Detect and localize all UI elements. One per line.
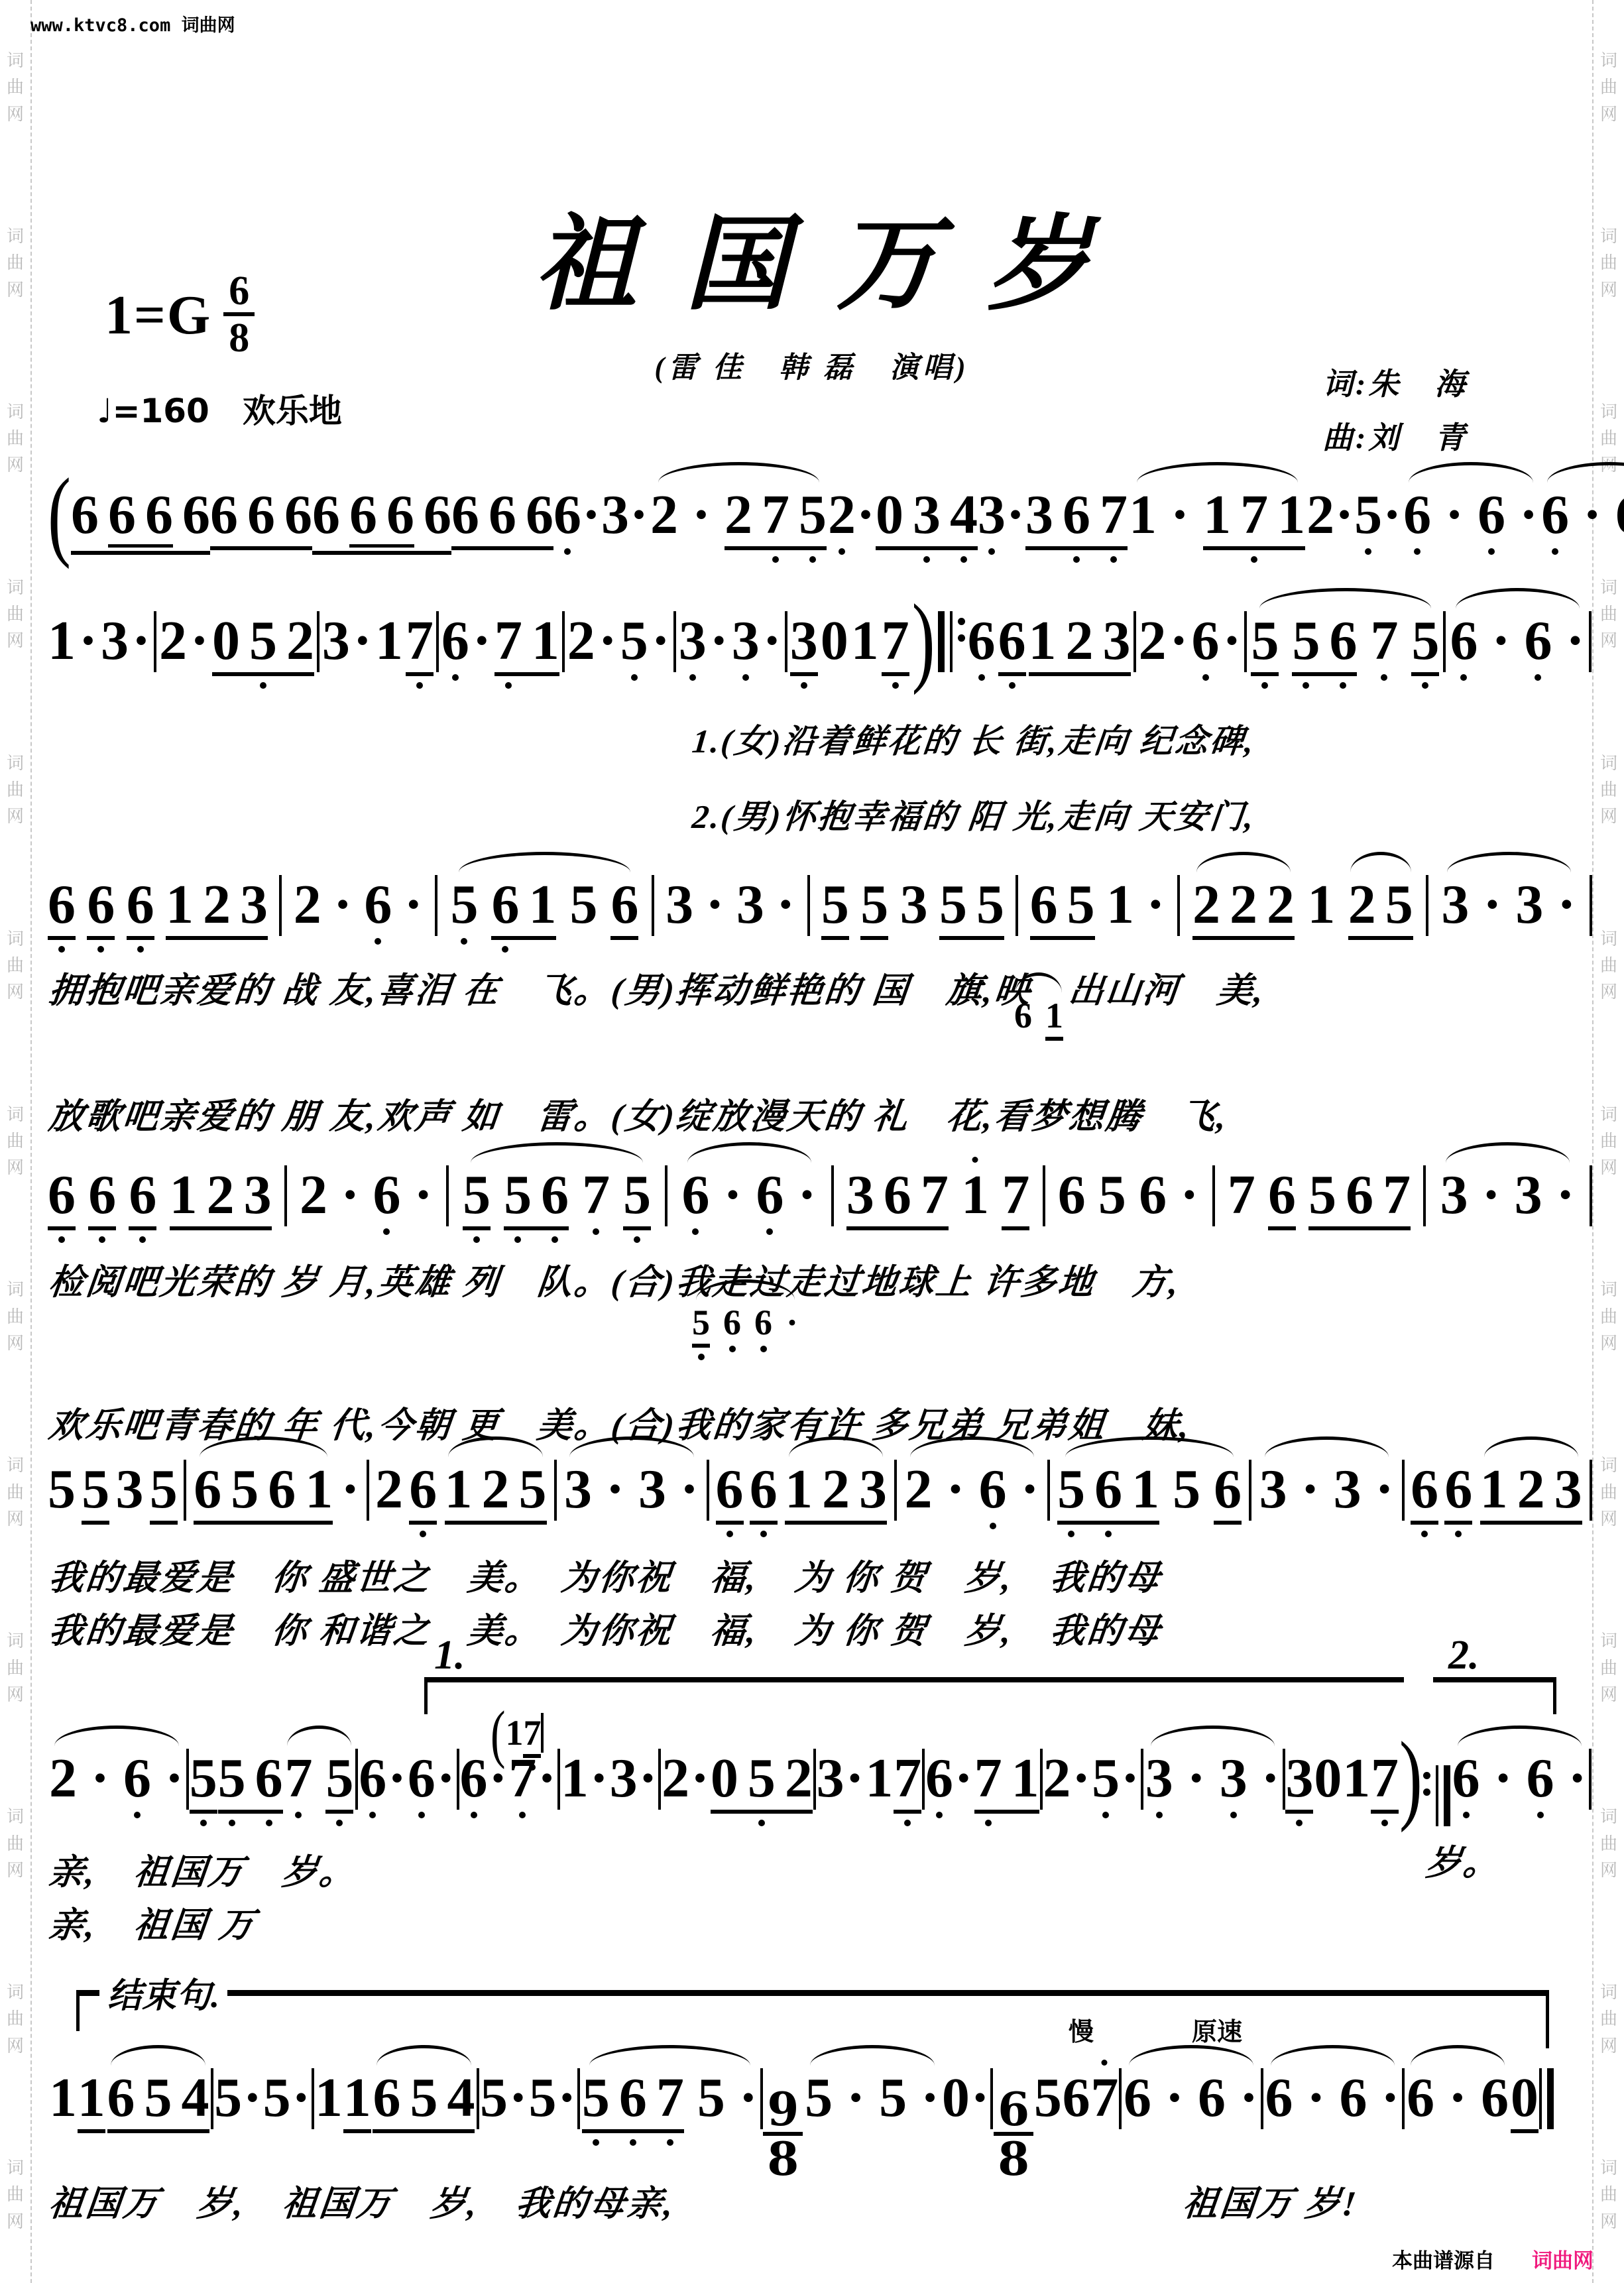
brand-text-vertical: 词曲网 bbox=[7, 1102, 24, 1182]
lyrics-row-7a-right: 岁。 bbox=[1424, 1835, 1503, 1885]
volta-1-line bbox=[424, 1677, 1404, 1682]
key-prefix: 1=G bbox=[105, 283, 211, 347]
volta-1-tick bbox=[424, 1677, 428, 1714]
brand-text-vertical: 词曲网 bbox=[7, 1804, 24, 1884]
verse-1-lyrics: 1.(女)沿着鲜花的 长 街,走向 纪念碑, bbox=[690, 715, 1258, 762]
volta-2-line bbox=[1433, 1677, 1556, 1682]
grace-notes-2: 566· bbox=[691, 1305, 800, 1348]
credits: 词:朱 海 曲:刘 青 bbox=[1322, 358, 1468, 465]
brand-text-vertical: 词曲网 bbox=[7, 1452, 24, 1533]
lyrics-row-6a: 我的最爱是 你 盛世之 美。 为你祝 福, 为 你 贺 岁, 我的母 bbox=[46, 1550, 1165, 1600]
system-1-notes: (666666666666666·3·2·2752·0343·3671·1712… bbox=[48, 472, 1592, 555]
meter-numerator: 6 bbox=[223, 270, 255, 312]
system-6-notes: 2·6·556756·6·6·7·1·3·2·0523·176·712·5·3·… bbox=[48, 1735, 1592, 1814]
time-signature: 6 8 bbox=[223, 270, 255, 359]
ending-tick-left bbox=[76, 1990, 80, 2031]
volta-2-label: 2. bbox=[1448, 1632, 1479, 1679]
ending-tick-right bbox=[1546, 1990, 1549, 2048]
lyrics-row-7a: 亲, 祖国万 岁。 bbox=[46, 1844, 359, 1895]
lyrics-row-8b: 祖国万 岁! bbox=[1181, 2176, 1361, 2226]
brand-text-vertical: 词曲网 bbox=[1600, 1102, 1617, 1182]
brand-text-vertical: 词曲网 bbox=[7, 1628, 24, 1708]
system-7-notes: 116545·5·116545·5·5675·985·5·0·685676·6·… bbox=[49, 2055, 1554, 2173]
lyrics-row-8a: 祖国万 岁, 祖国万 岁, 我的母亲, bbox=[46, 2176, 678, 2226]
left-brand-rail: 词曲网词曲网词曲网词曲网词曲网词曲网词曲网词曲网词曲网词曲网词曲网词曲网词曲网 bbox=[0, 0, 32, 2283]
lyrics-row-5: 检阅吧光荣的 岁 月,英雄 列 队。(合)我走过走过地球上 许多地 方, bbox=[46, 1254, 1183, 1305]
brand-text-vertical: 词曲网 bbox=[7, 399, 24, 479]
mood-text: 欢乐地 bbox=[243, 392, 342, 430]
lyricist: 词:朱 海 bbox=[1322, 358, 1468, 412]
brand-text-vertical: 词曲网 bbox=[1600, 575, 1617, 655]
brand-text-vertical: 词曲网 bbox=[7, 750, 24, 831]
site-watermark: www.ktvc8.com 词曲网 bbox=[30, 11, 235, 36]
volta-2-tick bbox=[1553, 1677, 1556, 1714]
lyrics-row-4: 放歌吧亲爱的 朋 友,欢声 如 雷。(女)绽放漫天的 礼 花,看梦想腾 飞, bbox=[46, 1088, 1231, 1139]
grace-notes-1: 61 bbox=[1013, 998, 1065, 1041]
brand-text-vertical: 词曲网 bbox=[7, 575, 24, 655]
footer-credit: 本曲谱源自 词曲网 bbox=[1392, 2244, 1594, 2274]
orig-tempo-mark: 原速 bbox=[1192, 2011, 1242, 2048]
brand-text-vertical: 词曲网 bbox=[1600, 2155, 1617, 2235]
volta-1-label: 1. bbox=[434, 1632, 465, 1679]
slow-mark: 慢 bbox=[1069, 2011, 1094, 2048]
brand-text-vertical: 词曲网 bbox=[1600, 1979, 1617, 2060]
brand-text-vertical: 词曲网 bbox=[7, 2155, 24, 2235]
brand-text-vertical: 词曲网 bbox=[7, 1277, 24, 1357]
ending-line bbox=[76, 1990, 1549, 1996]
brand-text-vertical: 词曲网 bbox=[1600, 1452, 1617, 1533]
brand-text-vertical: 词曲网 bbox=[7, 48, 24, 128]
right-brand-rail: 词曲网词曲网词曲网词曲网词曲网词曲网词曲网词曲网词曲网词曲网词曲网词曲网词曲网 bbox=[1592, 0, 1624, 2283]
verse-2-lyrics: 2.(男)怀抱幸福的 阳 光,走向 天安门, bbox=[690, 790, 1258, 838]
lyrics-row-6b: 我的最爱是 你 和谐之 美。 为你祝 福, 为 你 贺 岁, 我的母 bbox=[46, 1603, 1165, 1653]
brand-text-vertical: 词曲网 bbox=[7, 926, 24, 1006]
footer-source-text: 本曲谱源自 bbox=[1392, 2244, 1495, 2274]
brand-text-vertical: 词曲网 bbox=[1600, 926, 1617, 1006]
brand-text-vertical: 词曲网 bbox=[7, 1979, 24, 2060]
brand-text-vertical: 词曲网 bbox=[1600, 1628, 1617, 1708]
brand-text-vertical: 词曲网 bbox=[1600, 1804, 1617, 1884]
tempo-marking: ♩=160 欢乐地 bbox=[97, 384, 342, 432]
meter-denominator: 8 bbox=[223, 312, 255, 359]
brand-text-vertical: 词曲网 bbox=[1600, 48, 1617, 128]
brand-text-vertical: 词曲网 bbox=[1600, 750, 1617, 831]
composer: 曲:刘 青 bbox=[1322, 412, 1468, 465]
system-2-notes: 1·3·2·0523·176·712·5·3·3·3017)661232·6·5… bbox=[48, 598, 1592, 676]
lyrics-row-7b: 亲, 祖国 万 bbox=[46, 1897, 259, 1948]
tempo-value: ♩=160 bbox=[97, 392, 209, 430]
brand-text-vertical: 词曲网 bbox=[1600, 1277, 1617, 1357]
footer-brand: 词曲网 bbox=[1532, 2244, 1594, 2274]
system-3-notes: 6661232·6·561563·3·55355651·2221253·3· bbox=[48, 862, 1592, 940]
lyrics-row-3: 拥抱吧亲爱的 战 友,喜泪 在 飞。(男)挥动鲜艳的 国 旗,映 出山河 美, bbox=[46, 963, 1268, 1013]
system-5-notes: 55356561·261253·3·661232·6·561563·3·6612… bbox=[48, 1446, 1592, 1525]
ending-label: 结束句. bbox=[99, 1967, 227, 2017]
key-signature: 1=G 6 8 bbox=[105, 270, 255, 359]
sheet-music-page: 词曲网词曲网词曲网词曲网词曲网词曲网词曲网词曲网词曲网词曲网词曲网词曲网词曲网 … bbox=[0, 0, 1624, 2283]
system-4-notes: 6661232·6·556756·6·36717656·765673·3· bbox=[48, 1152, 1592, 1230]
